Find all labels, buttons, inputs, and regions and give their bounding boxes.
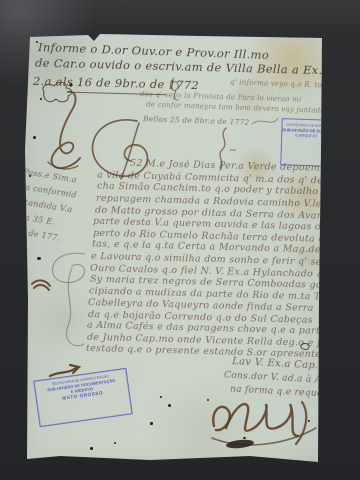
paper-speck	[36, 41, 38, 43]
margin-note-line-3: costandida V.a	[10, 196, 73, 215]
flourish-tail	[250, 112, 280, 130]
archive-stamp-top-right: SECRETARIA DE ADMIN. SUB-DIVISÃO DE DOCU…	[280, 118, 332, 167]
manuscript-page: Informe o D.or Ouv.or e Prov.or Ill.mo d…	[0, 0, 360, 480]
paper-speck	[33, 136, 36, 139]
margin-note-line-5: 8br.o de 177.	[3, 225, 61, 243]
paper-speck	[29, 175, 31, 177]
annotation-line-4: Bellas 25 de 8br.o de 1772	[143, 114, 250, 127]
margin-note-line-4: Bella 35 E.	[8, 210, 56, 226]
paper-speck	[37, 257, 41, 260]
paper-speck	[90, 447, 93, 450]
ink-blot-top-left	[38, 80, 76, 106]
scan-background: Informe o D.or Ouv.or e Prov.or Ill.mo d…	[0, 0, 360, 480]
ink-blot-right	[299, 342, 311, 352]
paper-speck	[207, 399, 209, 401]
annotation-line-1: q' informa veyo q.o R. tomi	[230, 78, 331, 90]
paper-speck	[243, 437, 246, 439]
flourish-squiggle	[210, 126, 236, 176]
paper-speck	[114, 442, 116, 444]
flourish-margin-swirl	[42, 248, 92, 358]
paper-speck	[168, 404, 171, 407]
ink-scribble-left-edge	[30, 274, 52, 294]
paper-speck	[160, 396, 162, 398]
stamp-line: E ARQUIVO	[282, 133, 330, 140]
annotation-line-3: de confor maneyra tam bem devera vay jun…	[146, 101, 343, 116]
margin-note-line-2: v.la conformid	[15, 181, 77, 200]
flourish-paraph	[166, 76, 182, 102]
flourish-initial-D	[85, 115, 155, 185]
paper-speck	[150, 422, 153, 425]
paper-speck	[308, 420, 310, 422]
